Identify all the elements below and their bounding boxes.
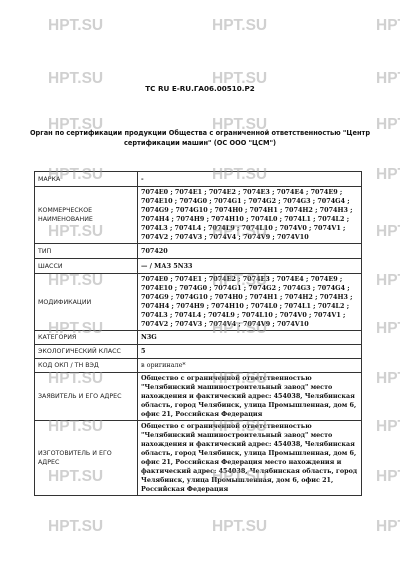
row-value: 5 [138, 345, 362, 359]
row-value: N3G [138, 331, 362, 345]
watermark: HPT.SU [212, 518, 267, 536]
row-label: МОДИФИКАЦИИ [35, 274, 138, 331]
row-value: 7074E0 ; 7074E1 ; 7074E2 ; 7074E3 ; 7074… [138, 274, 362, 331]
certificate-number: ТС RU E-RU.ГА06.00510.Р2 [0, 84, 400, 93]
row-value: 707420 [138, 244, 362, 259]
row-label: КОММЕРЧЕСКОЕ НАИМЕНОВАНИЕ [35, 187, 138, 244]
watermark: HPT.SU [376, 468, 400, 486]
row-label: КОД ОКП / ТН ВЭД [35, 359, 138, 373]
row-value: Общество с ограниченной ответственностью… [138, 373, 362, 421]
row-value: Общество с ограниченной ответственностью… [138, 421, 362, 496]
table-row-category: КАТЕГОРИЯ N3G [35, 331, 362, 345]
watermark: HPT.SU [376, 272, 400, 290]
watermark: HPT.SU [376, 223, 400, 241]
watermark: HPT.SU [376, 370, 400, 388]
watermark: HPT.SU [48, 518, 103, 536]
table-row-okp-code: КОД ОКП / ТН ВЭД в оригинале* [35, 359, 362, 373]
certificate-details-table: МАРКА - КОММЕРЧЕСКОЕ НАИМЕНОВАНИЕ 7074E0… [34, 171, 362, 496]
watermark: HPT.SU [376, 17, 400, 35]
row-label: ЗАЯВИТЕЛЬ И ЕГО АДРЕС [35, 373, 138, 421]
table-row-brand: МАРКА - [35, 172, 362, 187]
watermark: HPT.SU [212, 17, 267, 35]
row-label: ШАССИ [35, 259, 138, 274]
watermark: HPT.SU [376, 518, 400, 536]
row-label: МАРКА [35, 172, 138, 187]
table-row-applicant: ЗАЯВИТЕЛЬ И ЕГО АДРЕС Общество с огранич… [35, 373, 362, 421]
watermark: HPT.SU [376, 418, 400, 436]
row-value: — / МАЗ 5N33 [138, 259, 362, 274]
row-value: - [138, 172, 362, 187]
watermark: HPT.SU [376, 166, 400, 184]
watermark: HPT.SU [376, 320, 400, 338]
row-value: в оригинале* [138, 359, 362, 373]
certification-body-name: Орган по сертификации продукции Общества… [20, 128, 380, 148]
table-row-modifications: МОДИФИКАЦИИ 7074E0 ; 7074E1 ; 7074E2 ; 7… [35, 274, 362, 331]
row-label: ИЗГОТОВИТЕЛЬ И ЕГО АДРЕС [35, 421, 138, 496]
row-value: 7074E0 ; 7074E1 ; 7074E2 ; 7074E3 ; 7074… [138, 187, 362, 244]
table-row-eco-class: ЭКОЛОГИЧЕСКИЙ КЛАСС 5 [35, 345, 362, 359]
watermark: HPT.SU [48, 17, 103, 35]
table-row-commercial-name: КОММЕРЧЕСКОЕ НАИМЕНОВАНИЕ 7074E0 ; 7074E… [35, 187, 362, 244]
table-row-manufacturer: ИЗГОТОВИТЕЛЬ И ЕГО АДРЕС Общество с огра… [35, 421, 362, 496]
row-label: КАТЕГОРИЯ [35, 331, 138, 345]
table-row-type: ТИП 707420 [35, 244, 362, 259]
row-label: ЭКОЛОГИЧЕСКИЙ КЛАСС [35, 345, 138, 359]
row-label: ТИП [35, 244, 138, 259]
table-row-chassis: ШАССИ — / МАЗ 5N33 [35, 259, 362, 274]
